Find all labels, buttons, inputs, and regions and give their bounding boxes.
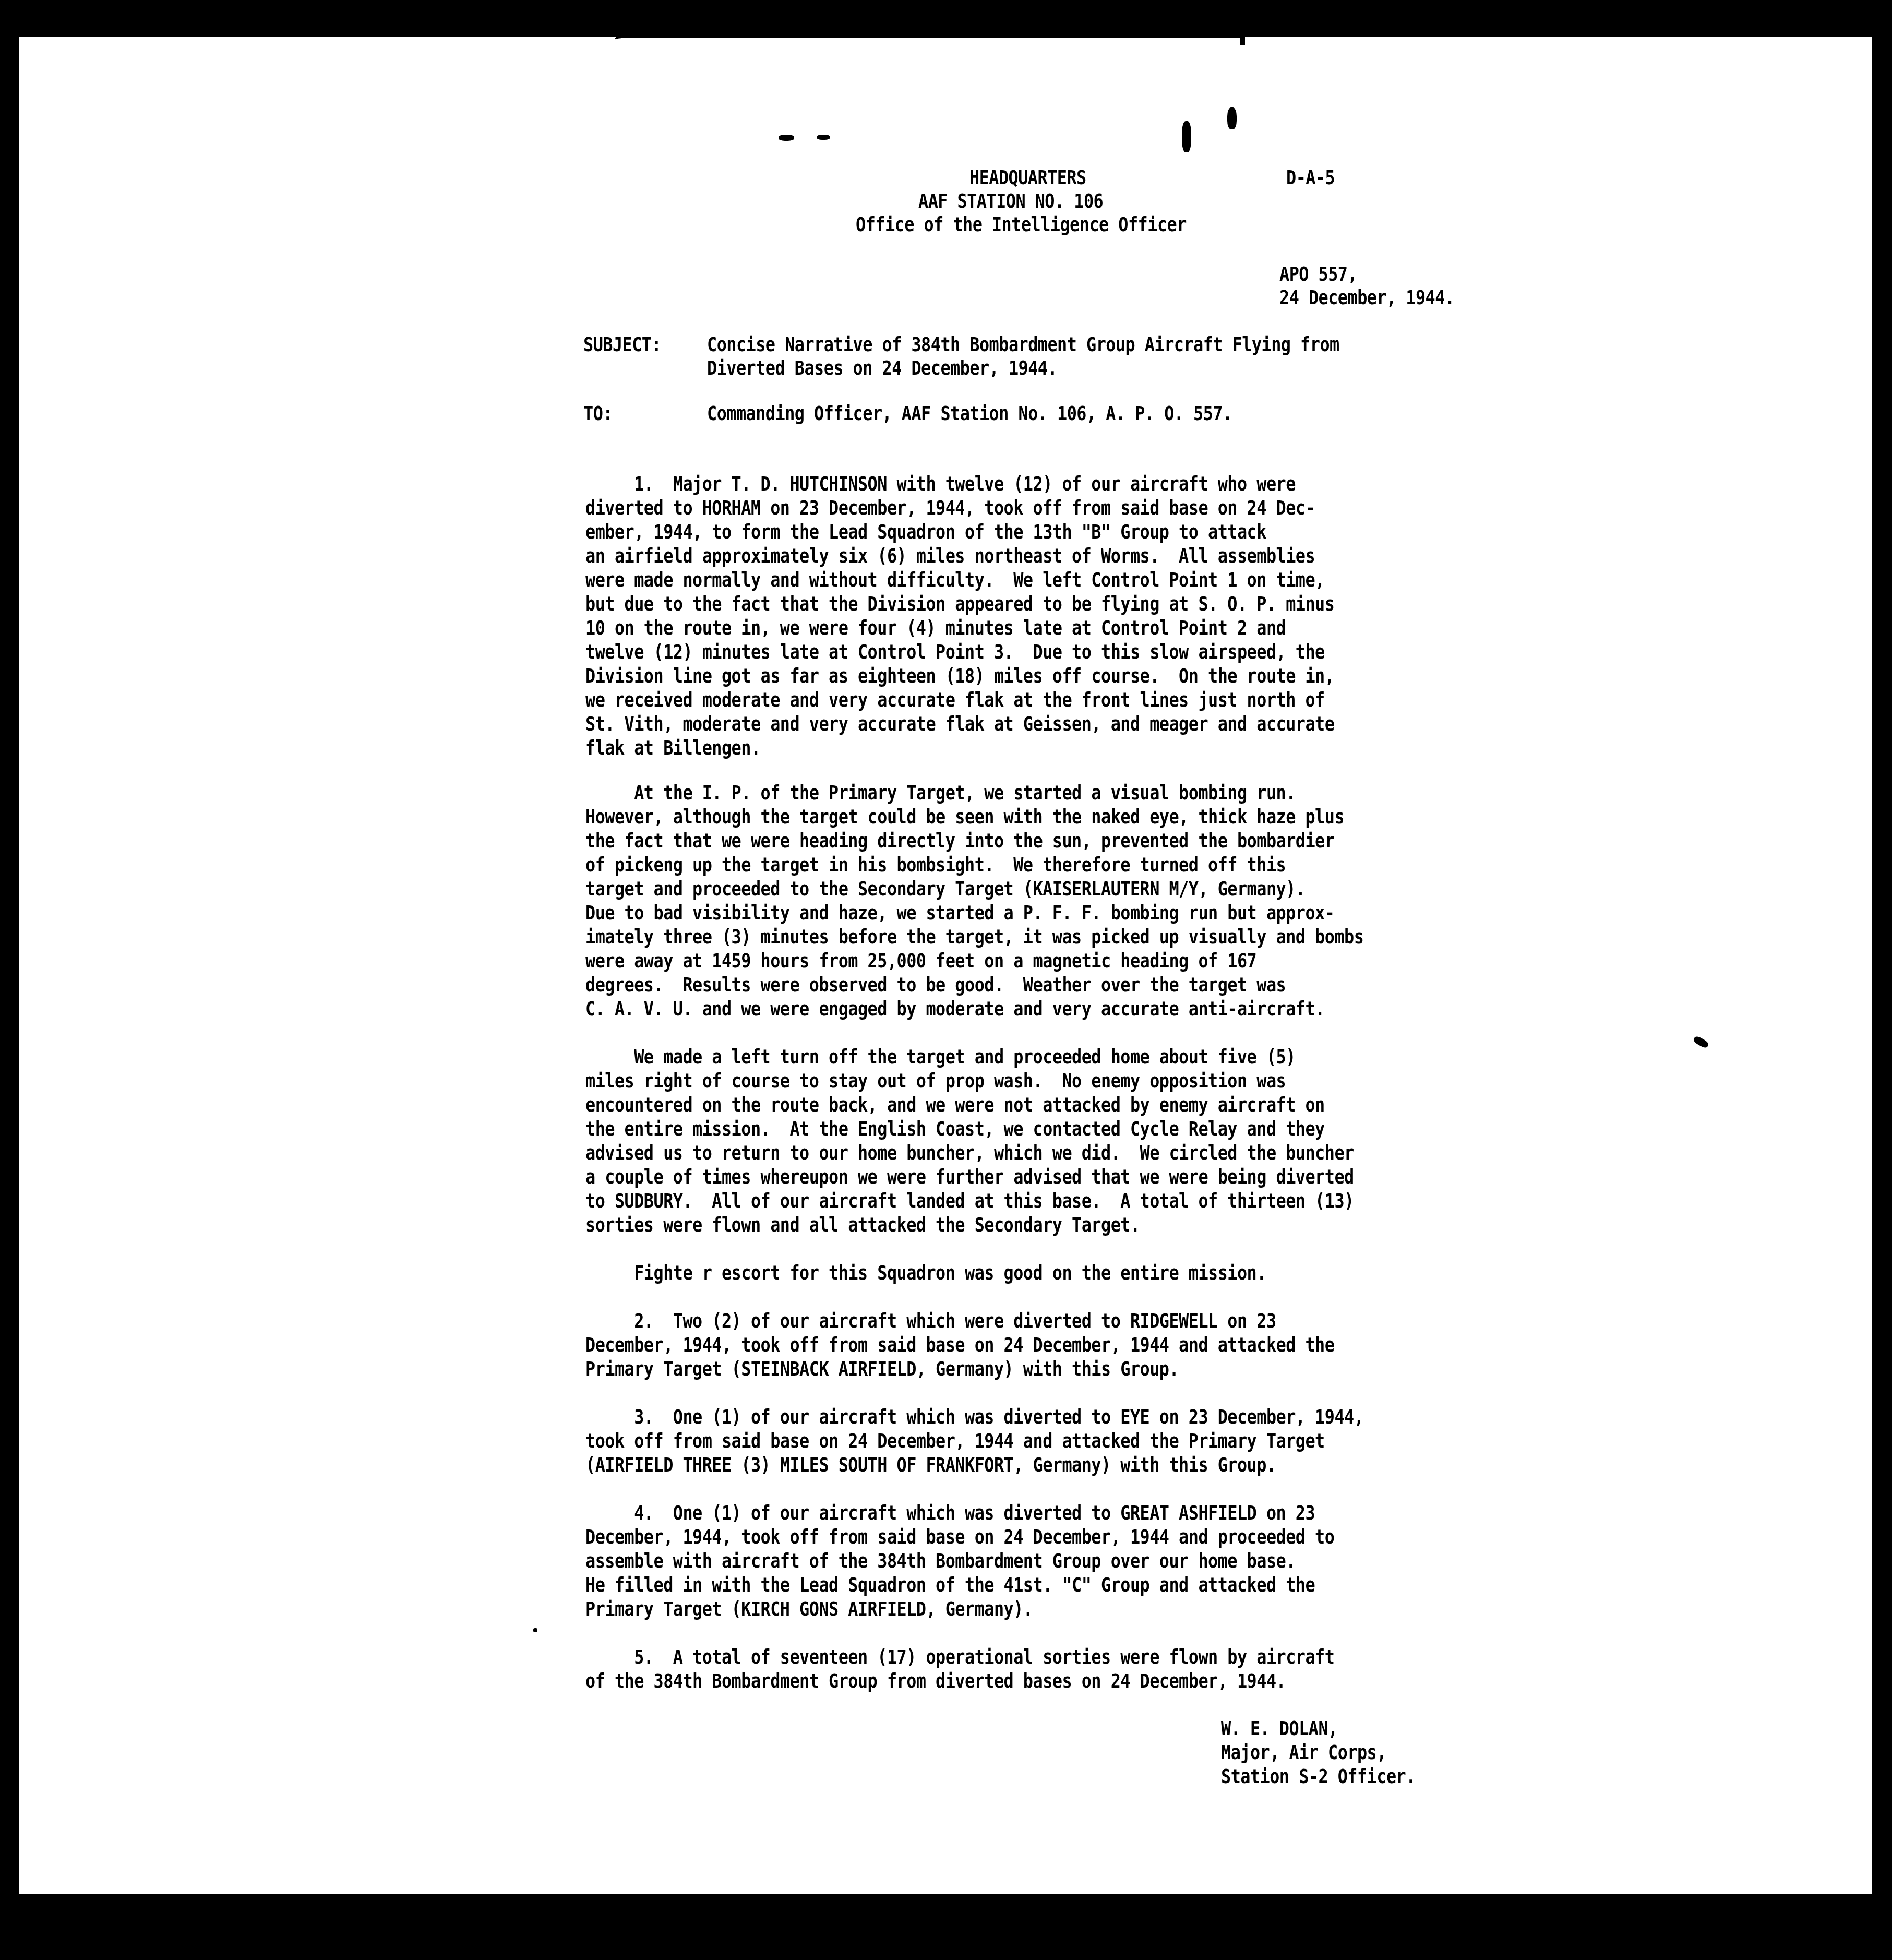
scan-bottom-border (0, 1905, 1892, 1960)
text-line: took off from said base on 24 December, … (585, 1429, 1325, 1453)
text-line: the fact that we were heading directly i… (585, 829, 1334, 853)
text-line: December, 1944, took off from said base … (585, 1525, 1334, 1549)
text-line: the entire mission. At the English Coast… (585, 1117, 1325, 1141)
text-line: 3. One (1) of our aircraft which was div… (585, 1405, 1363, 1429)
text-line: degrees. Results were observed to be goo… (585, 973, 1286, 997)
text-line: (AIRFIELD THREE (3) MILES SOUTH OF FRANK… (585, 1453, 1276, 1477)
text-line: of pickeng up the target in his bombsigh… (585, 853, 1286, 877)
header-station: AAF STATION NO. 106 (918, 189, 1103, 213)
header-office: Office of the Intelligence Officer (856, 213, 1187, 237)
text-line: 10 on the route in, we were four (4) min… (585, 616, 1286, 640)
text-line: He filled in with the Lead Squadron of t… (585, 1573, 1315, 1597)
text-line: encountered on the route back, and we we… (585, 1093, 1325, 1117)
ink-mark (1227, 107, 1237, 129)
text-line: target and proceeded to the Secondary Ta… (585, 877, 1305, 901)
text-line: advised us to return to our home buncher… (585, 1141, 1354, 1165)
text-line: diverted to HORHAM on 23 December, 1944,… (585, 496, 1315, 520)
text-line: St. Vith, moderate and very accurate fla… (585, 712, 1334, 736)
signature-title: Station S-2 Officer. (1221, 1765, 1416, 1789)
text-line: sorties were flown and all attacked the … (585, 1213, 1140, 1237)
text-line: were made normally and without difficult… (585, 568, 1325, 592)
text-line: to SUDBURY. All of our aircraft landed a… (585, 1189, 1354, 1213)
subject-line-2: Diverted Bases on 24 December, 1944. (707, 356, 1057, 380)
text-line: ember, 1944, to form the Lead Squadron o… (585, 520, 1266, 544)
text-line: 1. Major T. D. HUTCHINSON with twelve (1… (585, 472, 1296, 496)
text-line: December, 1944, took off from said base … (585, 1333, 1334, 1357)
text-line: However, although the target could be se… (585, 805, 1344, 829)
ink-mark (779, 135, 794, 141)
text-line: Primary Target (STEINBACK AIRFIELD, Germ… (585, 1357, 1179, 1381)
ink-mark (1182, 121, 1191, 152)
text-line: but due to the fact that the Division ap… (585, 592, 1334, 616)
text-line: We made a left turn off the target and p… (585, 1045, 1296, 1069)
signature-name: W. E. DOLAN, (1221, 1717, 1338, 1741)
text-line: a couple of times whereupon we were furt… (585, 1165, 1354, 1189)
text-line: twelve (12) minutes late at Control Poin… (585, 640, 1325, 664)
text-line: Division line got as far as eighteen (18… (585, 664, 1334, 688)
text-line: 5. A total of seventeen (17) operational… (585, 1645, 1334, 1669)
text-line: miles right of course to stay out of pro… (585, 1069, 1286, 1093)
text-line: imately three (3) minutes before the tar… (585, 925, 1363, 949)
ink-mark (533, 1628, 537, 1632)
text-line: 4. One (1) of our aircraft which was div… (585, 1501, 1315, 1525)
document-date: 24 December, 1944. (1279, 286, 1455, 310)
text-line: we received moderate and very accurate f… (585, 688, 1325, 712)
to-label: TO: (583, 402, 613, 426)
document-code: D-A-5 (1286, 166, 1335, 190)
subject-line-1: Concise Narrative of 384th Bombardment G… (707, 333, 1339, 357)
to-value: Commanding Officer, AAF Station No. 106,… (707, 402, 1232, 426)
text-line: Fighte r escort for this Squadron was go… (585, 1261, 1266, 1285)
ink-mark (817, 135, 830, 140)
text-line: At the I. P. of the Primary Target, we s… (585, 781, 1296, 805)
text-line: C. A. V. U. and we were engaged by moder… (585, 997, 1325, 1021)
signature-rank: Major, Air Corps, (1221, 1741, 1386, 1765)
text-line: Due to bad visibility and haze, we start… (585, 901, 1334, 925)
text-line: flak at Billengen. (585, 736, 761, 760)
text-line: were away at 1459 hours from 25,000 feet… (585, 949, 1256, 973)
text-line: assemble with aircraft of the 384th Bomb… (585, 1549, 1296, 1573)
handwritten-bracket-mark (615, 32, 1245, 45)
text-line: Primary Target (KIRCH GONS AIRFIELD, Ger… (585, 1597, 1033, 1621)
text-line: an airfield approximately six (6) miles … (585, 544, 1315, 568)
apo-number: APO 557, (1279, 262, 1357, 286)
scan-edge-line (19, 1901, 1871, 1905)
subject-label: SUBJECT: (583, 333, 661, 357)
header-headquarters: HEADQUARTERS (969, 166, 1086, 190)
text-line: 2. Two (2) of our aircraft which were di… (585, 1309, 1276, 1333)
text-line: of the 384th Bombardment Group from dive… (585, 1669, 1286, 1693)
